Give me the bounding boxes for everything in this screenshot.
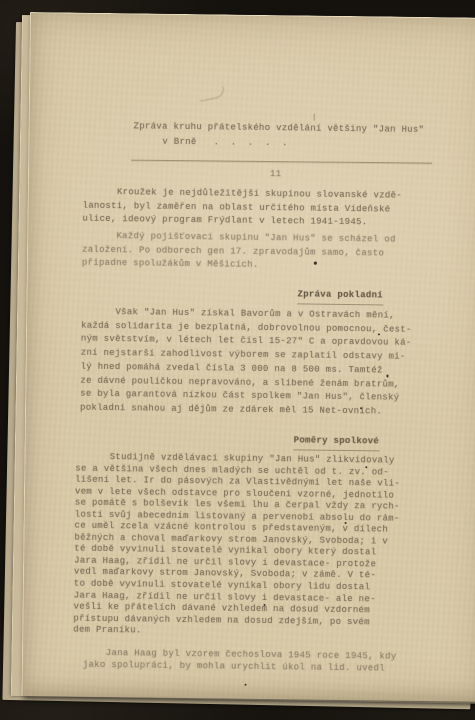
- dust-speck: [264, 604, 266, 606]
- dust-speck: [386, 375, 388, 378]
- dust-speck: [365, 466, 367, 468]
- dust-speck: [245, 684, 247, 686]
- photograph-background: Zpráva kruhu přátelského vzdělání většin…: [0, 0, 475, 720]
- dust-speck: [345, 522, 347, 524]
- paragraph: Studijně vzdělávací skupiny "Jan Hus" zl…: [73, 452, 400, 641]
- paragraph: Kroužek je nejdůležitější skupinou slova…: [82, 186, 402, 231]
- heading-underlined: Poměry spolkové: [294, 434, 380, 451]
- paragraph: Však "Jan Hus" získal Bavorům a v Ostrav…: [80, 306, 412, 420]
- text-line: pokladní snahou aj dějům ze zdárek měl 1…: [80, 402, 411, 420]
- dust-speck: [360, 407, 362, 409]
- heading-underlined: Zpráva pokladní: [297, 288, 383, 305]
- paragraph: Každý pojišťovací skupinu "Jan Hus" se s…: [82, 230, 396, 275]
- dust-speck: [378, 333, 380, 335]
- paragraph: Jana Haag byl vzorem čechoslova 1945 roc…: [83, 648, 397, 675]
- pencil-tick-mark: [314, 114, 315, 121]
- page-header-subtitle: v Brně . . . . .: [162, 136, 288, 151]
- header-divider-rule: [131, 160, 432, 164]
- section-mark: 11: [270, 168, 282, 182]
- pencil-squiggle-mark: [197, 87, 225, 102]
- dust-speck: [314, 262, 317, 265]
- text-line: ulice, ideový program Frýdlant v letech …: [82, 213, 401, 231]
- scanned-page: Zpráva kruhu přátelského vzdělání většin…: [21, 12, 475, 702]
